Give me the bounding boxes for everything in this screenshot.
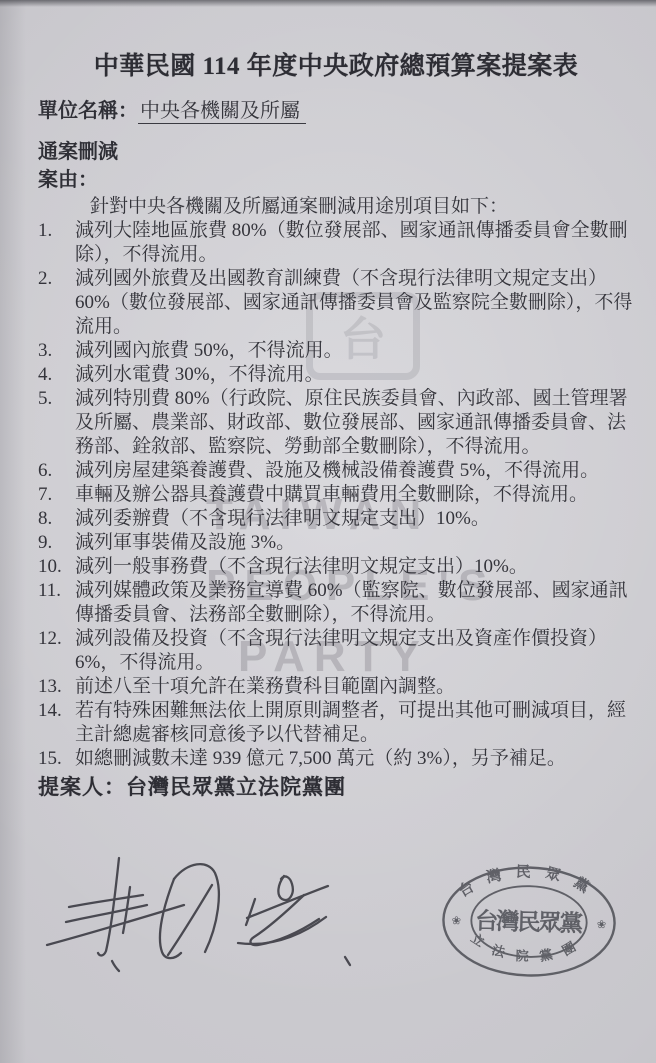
provision-item-text: 減列國內旅費 50%，不得流用。 [75, 339, 634, 363]
provision-item: 6. 減列房屋建築養護費、設施及機械設備養護費 5%，不得流用。 [38, 459, 634, 483]
provision-item-number: 12. [38, 627, 75, 675]
party-seal-stamp: 台灣民眾黨 立法院黨團 台灣民眾黨 ❀ ❀ [434, 859, 623, 986]
signature-stroke [98, 858, 119, 955]
provision-list: 1. 減列大陸地區旅費 80%（數位發展部、國家通訊傳播委員會全數刪除），不得流… [38, 219, 634, 771]
provision-item: 12. 減列設備及投資（不含現行法律明文規定支出及資產作價投資）6%，不得流用。 [38, 627, 634, 675]
provision-item-text: 減列特別費 80%（行政院、原住民族委員會、內政部、國土管理署及所屬、農業部、財… [75, 387, 634, 459]
unit-name-line: 單位名稱：中央各機關及所屬 [38, 98, 634, 125]
signature-stroke [112, 961, 119, 971]
page-title: 中華民國 114 年度中央政府總預算案提案表 [38, 52, 634, 82]
provision-item-text: 如總刪減數未達 939 億元 7,500 萬元（約 3%），另予補足。 [75, 747, 634, 771]
provision-item-text: 減列設備及投資（不含現行法律明文規定支出及資產作價投資）6%，不得流用。 [75, 627, 634, 675]
signature-stroke [246, 899, 255, 925]
provision-item: 10. 減列一般事務費（不含現行法律明文規定支出）10%。 [38, 555, 634, 579]
provision-item-text: 前述八至十項允許在業務費科目範圍內調整。 [75, 675, 634, 699]
provision-item: 2. 減列國外旅費及出國教育訓練費（不含現行法律明文規定支出）60%（數位發展部… [38, 267, 634, 339]
provision-item: 9. 減列軍事裝備及設施 3%。 [38, 531, 634, 555]
signature-stroke [160, 879, 181, 958]
provision-item: 5. 減列特別費 80%（行政院、原住民族委員會、內政部、國土管理署及所屬、農業… [38, 387, 634, 459]
stamp-center-text: 台灣民眾黨 [475, 907, 584, 937]
section-heading: 通案刪減 [38, 139, 634, 166]
provision-item: 11. 減列媒體政策及業務宣導費 60%（監察院、數位發展部、國家通訊傳播委員會… [38, 579, 634, 627]
provision-item-text: 若有特殊困難無法依上開原則調整者，可提出其他可刪減項目，經主計總處審核同意後予以… [75, 699, 634, 747]
proposer-line: 提案人：台灣民眾黨立法院黨團 [38, 773, 634, 801]
unit-name-label: 單位名稱： [38, 100, 138, 122]
provision-item-text: 減列水電費 30%，不得流用。 [75, 363, 634, 387]
provision-item: 3. 減列國內旅費 50%，不得流用。 [38, 339, 634, 363]
provision-item: 4. 減列水電費 30%，不得流用。 [38, 363, 634, 387]
provision-item-text: 減列國外旅費及出國教育訓練費（不含現行法律明文規定支出）60%（數位發展部、國家… [75, 267, 634, 339]
document-content: 中華民國 114 年度中央政府總預算案提案表 單位名稱：中央各機關及所屬 通案刪… [0, 0, 656, 801]
provision-item-number: 4. [38, 363, 75, 387]
provision-item: 7. 車輛及辦公器具養護費中購買車輛費用全數刪除，不得流用。 [38, 483, 634, 507]
provision-item-number: 10. [38, 555, 75, 579]
signature-stroke [345, 957, 350, 965]
provision-item-number: 8. [38, 507, 75, 531]
unit-name-value: 中央各機關及所屬 [138, 100, 306, 124]
provision-item-text: 減列媒體政策及業務宣導費 60%（監察院、數位發展部、國家通訊傳播委員會、法務部… [75, 579, 634, 627]
provision-item-number: 9. [38, 531, 75, 555]
provision-item-number: 6. [38, 459, 75, 483]
provision-item-text: 車輛及辦公器具養護費中購買車輛費用全數刪除，不得流用。 [75, 483, 634, 507]
signature-stroke [69, 895, 143, 907]
provision-item-text: 減列軍事裝備及設施 3%。 [75, 531, 634, 555]
provision-item-text: 減列房屋建築養護費、設施及機械設備養護費 5%，不得流用。 [75, 459, 634, 483]
provision-item-number: 14. [38, 699, 75, 747]
stamp-top-arc-text: 台灣民眾黨 [455, 861, 606, 904]
provision-item-number: 11. [38, 579, 75, 627]
plum-blossom-icon: ❀ [452, 914, 462, 927]
provision-item-number: 15. [38, 747, 75, 771]
provision-item-text: 減列委辦費（不含現行法律明文規定支出）10%。 [75, 507, 634, 531]
provision-item: 8. 減列委辦費（不含現行法律明文規定支出）10%。 [38, 507, 634, 531]
provision-item: 13. 前述八至十項允許在業務費科目範圍內調整。 [38, 675, 634, 699]
signature-stroke [247, 886, 328, 918]
provision-item-number: 5. [38, 387, 75, 459]
budget-proposal-document: 台 TAIWAN PEOPLE'S PARTY 中華民國 114 年度中央政府總… [0, 0, 656, 1063]
signature-stroke [174, 864, 219, 952]
provision-item-text: 減列大陸地區旅費 80%（數位發展部、國家通訊傳播委員會全數刪除），不得流用。 [75, 219, 634, 267]
handwritten-signature [42, 845, 362, 985]
provision-item: 1. 減列大陸地區旅費 80%（數位發展部、國家通訊傳播委員會全數刪除），不得流… [38, 219, 634, 267]
provision-item-number: 13. [38, 675, 75, 699]
signature-stroke [278, 876, 292, 900]
plum-blossom-icon: ❀ [597, 918, 607, 931]
case-label: 案由： [38, 167, 634, 194]
provision-item-number: 2. [38, 267, 75, 339]
provision-item-number: 3. [38, 339, 75, 363]
provision-item: 14. 若有特殊困難無法依上開原則調整者，可提出其他可刪減項目，經主計總處審核同… [38, 699, 634, 747]
provision-item-number: 7. [38, 483, 75, 507]
intro-sentence: 針對中央各機關及所屬通案刪減用途別項目如下： [38, 195, 634, 219]
provision-item-number: 1. [38, 219, 75, 267]
signature-stroke [168, 885, 212, 955]
provision-item: 15. 如總刪減數未達 939 億元 7,500 萬元（約 3%），另予補足。 [38, 747, 634, 771]
provision-item-text: 減列一般事務費（不含現行法律明文規定支出）10%。 [75, 555, 634, 579]
